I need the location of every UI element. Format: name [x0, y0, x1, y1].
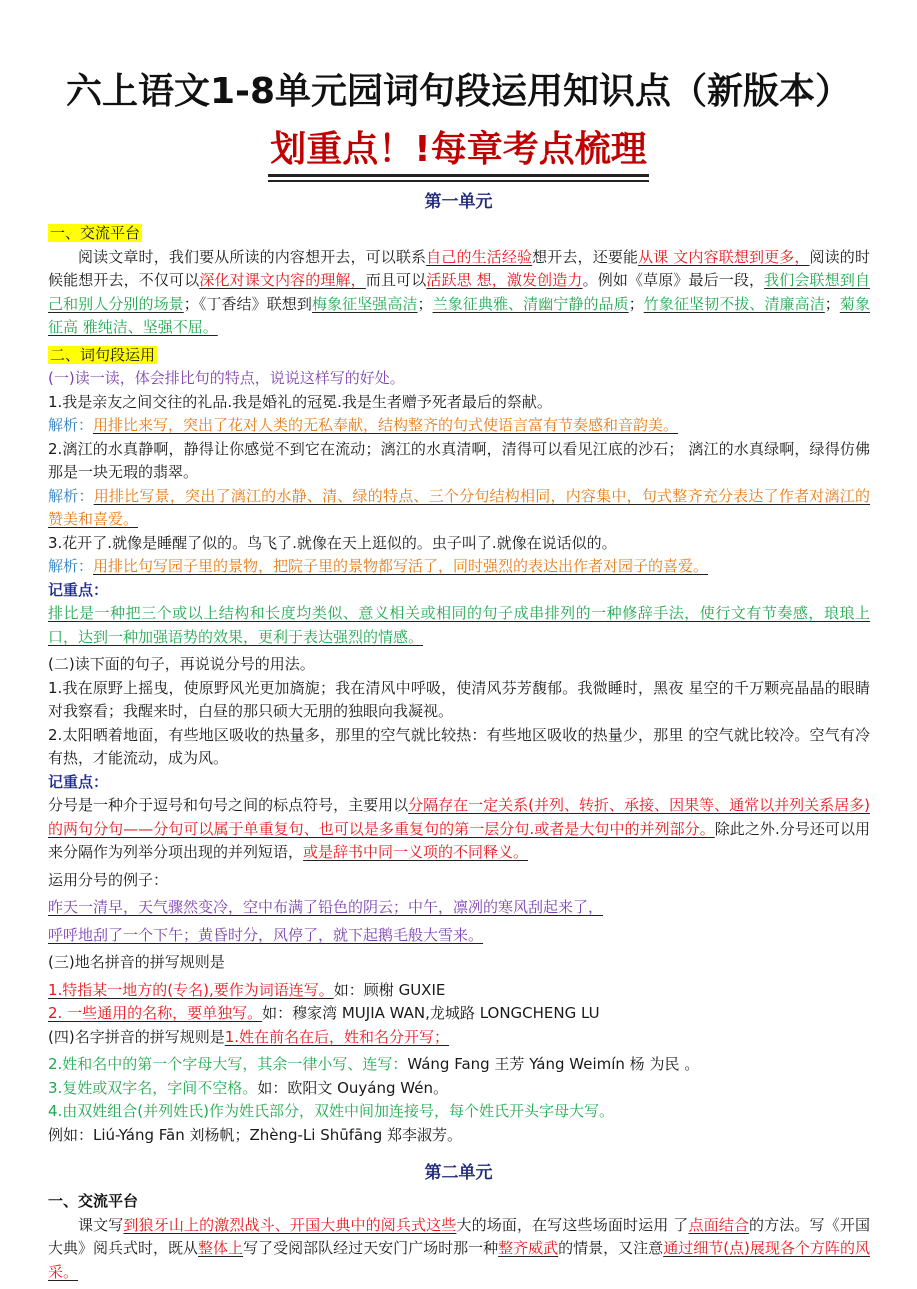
text-run: 2.姓和名中的第一个字母大写，其余一律小写、连写：	[48, 1055, 407, 1073]
text-run: 而且可以	[366, 271, 427, 289]
text-run: 整齐威武	[498, 1239, 558, 1257]
paragraph: 2.太阳晒着地面，有些地区吸收的热量多，那里的空气就比较热：有些地区吸收的热量少…	[48, 724, 870, 771]
paragraph: 2.姓和名中的第一个字母大写，其余一律小写、连写：Wáng Fang 王芳 Yá…	[48, 1053, 870, 1077]
paragraph: 一、交流平台	[48, 222, 870, 246]
text-run: 整体上	[198, 1239, 243, 1257]
key-point-label: 记重点：	[48, 773, 108, 791]
unit2-heading: 第二单元	[0, 1162, 917, 1184]
paragraph: 1.特指某一地方的(专名),要作为词语连写。如：顾榭 GUXIE	[48, 979, 870, 1003]
text-run: 用排比来写，突出了花对人类的无私奉献，结构整齐的句式使语言富有节奏感和音韵美。	[93, 416, 678, 434]
text-run: 的情景，又注意	[558, 1239, 663, 1257]
document-title: 六上语文1-8单元园词句段运用知识点（新版本）	[0, 68, 917, 116]
paragraph: (三)地名拼音的拼写规则是	[48, 951, 870, 975]
paragraph: 记重点：	[48, 579, 870, 603]
key-point-label: 记重点：	[48, 581, 108, 599]
text-run: 1.我在原野上摇曳，使原野风光更加旖旎；我在清风中呼吸，使清风芬芳馥郁。我微睡时…	[48, 679, 870, 721]
text-run: 想开去，还要能	[532, 248, 638, 266]
text-run: (二)读下面的句子，再说说分号的用法。	[48, 655, 315, 673]
paragraph: 呼呼地刮了一个下午；黄昏时分，风停了，就下起鹅毛般大雪来。	[48, 924, 870, 948]
analysis-label: 解析：	[48, 487, 94, 505]
text-run: 竹象征坚韧不拔、清廉高洁	[644, 295, 825, 313]
unit1-content: 一、交流平台阅读文章时，我们要从所读的内容想开去，可以联系自己的生活经验想开去，…	[48, 222, 870, 1147]
unit1-heading: 第一单元	[0, 191, 917, 213]
paragraph: (四)名字拼音的拼写规则是1.姓在前名在后，姓和名分开写；	[48, 1026, 870, 1050]
text-run: 用排比句写园子里的景物，把院子里的景物都写活了，同时强烈的表达出作者对园子的喜爱…	[93, 557, 708, 575]
text-run: 1.特指某一地方的(专名),要作为词语连写。	[48, 981, 334, 999]
paragraph: 1.我在原野上摇曳，使原野风光更加旖旎；我在清风中呼吸，使清风芬芳馥郁。我微睡时…	[48, 677, 870, 724]
text-run: 梅象征坚强高洁	[312, 295, 418, 313]
text-run: 分号是一种介于逗号和句号之间的标点符号，主要用以	[48, 796, 408, 814]
text-run: 昨天一清早，天气骤然变冷，空中布满了铅色的阴云；中午，凛冽的寒风刮起来了，	[48, 898, 603, 916]
paragraph: (一)读一读，体会排比句的特点，说说这样写的好处。	[48, 367, 870, 391]
paragraph: 2.漓江的水真静啊，静得让你感觉不到它在流动；漓江的水真清啊，清得可以看见江底的…	[48, 438, 870, 485]
text-run: ；	[418, 295, 433, 313]
text-run: ；《丁香结》联想到	[184, 295, 312, 313]
text-run: 运用分号的例子：	[48, 871, 168, 889]
paragraph: 1.我是亲友之间交往的礼品.我是婚礼的冠冕.我是生者赠予死者最后的祭献。	[48, 391, 870, 415]
text-run: 如：顾榭 GUXIE	[334, 981, 446, 999]
section-heading: 一、交流平台	[48, 1192, 138, 1210]
text-run: 2.漓江的水真静啊，静得让你感觉不到它在流动；漓江的水真清啊，清得可以看见江底的…	[48, 440, 870, 482]
paragraph: 运用分号的例子：	[48, 869, 870, 893]
text-run: 用排比写景，突出了漓江的水静、清、绿的特点、三个分句结构相同，内容集中，句式整齐…	[48, 487, 870, 529]
text-run: 活跃思 想，激发创造力	[426, 271, 582, 289]
text-run: 2. 一些通用的名称，要单独写。	[48, 1004, 262, 1022]
paragraph: 解析：用排比句写园子里的景物，把院子里的景物都写活了，同时强烈的表达出作者对园子…	[48, 555, 870, 579]
text-run: 4.由双姓组合(并列姓氏)作为姓氏部分，双姓中间加连接号，每个姓氏开头字母大写。	[48, 1102, 614, 1120]
text-run: 如：欧阳文 Ouyáng Wén。	[257, 1079, 448, 1097]
text-run: (三)地名拼音的拼写规则是	[48, 953, 225, 971]
text-run: 深化对课文内容的理解，	[199, 271, 365, 289]
paragraph: 解析：用排比来写，突出了花对人类的无私奉献，结构整齐的句式使语言富有节奏感和音韵…	[48, 414, 870, 438]
analysis-label: 解析：	[48, 416, 93, 434]
paragraph: 解析：用排比写景，突出了漓江的水静、清、绿的特点、三个分句结构相同，内容集中，句…	[48, 485, 870, 532]
text-run: 排比是一种把三个或以上结构和长度均类似、意义相关或相同的句子成串排列的一种修辞手…	[48, 604, 870, 646]
text-run: 3.花开了.就像是睡醒了似的。鸟飞了.就像在天上逛似的。虫子叫了.就像在说话似的…	[48, 534, 617, 552]
analysis-label: 解析：	[48, 557, 93, 575]
text-run: (一)读一读，体会排比句的特点，说说这样写的好处。	[48, 369, 405, 387]
paragraph: 分号是一种介于逗号和句号之间的标点符号，主要用以分隔存在一定关系(并列、转折、承…	[48, 794, 870, 865]
paragraph: (二)读下面的句子，再说说分号的用法。	[48, 653, 870, 677]
text-run: (四)名字拼音的拼写规则是	[48, 1028, 225, 1046]
text-run: 点面结合	[688, 1216, 749, 1234]
text-run: 3.复姓或双字名，字间不空格。	[48, 1079, 257, 1097]
text-run: 如：穆家湾 MUJIA WAN,龙城路 LONGCHENG LU	[262, 1004, 600, 1022]
text-run: 写了受阅部队经过天安门广场时那一种	[243, 1239, 498, 1257]
paragraph: 记重点：	[48, 771, 870, 795]
text-run: 2.太阳晒着地面，有些地区吸收的热量多，那里的空气就比较热：有些地区吸收的热量少…	[48, 726, 870, 768]
text-run: 大的场面，在写这些场面时运用 了	[456, 1216, 688, 1234]
paragraph: 课文写到狼牙山上的激烈战斗、开国大典中的阅兵式这些大的场面，在写这些场面时运用 …	[48, 1214, 870, 1285]
text-run: ；	[825, 295, 840, 313]
text-run: 1.我是亲友之间交往的礼品.我是婚礼的冠冕.我是生者赠予死者最后的祭献。	[48, 393, 552, 411]
paragraph: 4.由双姓组合(并列姓氏)作为姓氏部分，双姓中间加连接号，每个姓氏开头字母大写。	[48, 1100, 870, 1124]
text-run: 呼呼地刮了一个下午；黄昏时分，风停了，就下起鹅毛般大雪来。	[48, 926, 483, 944]
text-run: Wáng Fang 王芳 Yáng Weimín 杨 为民 。	[407, 1055, 699, 1073]
text-run: 或是辞书中同一义项的不同释义。	[303, 843, 528, 861]
text-run: 1.姓在前名在后，姓和名分开写；	[225, 1028, 449, 1046]
paragraph: 例如：Liú-Yáng Fān 刘杨帆；Zhèng-Li Shūfāng 郑李淑…	[48, 1124, 870, 1148]
paragraph: 3.复姓或双字名，字间不空格。如：欧阳文 Ouyáng Wén。	[48, 1077, 870, 1101]
paragraph: 一、交流平台	[48, 1190, 870, 1214]
text-run: 到狼牙山上的激烈战斗、开国大典中的阅兵式这些	[123, 1216, 456, 1234]
paragraph: 昨天一清早，天气骤然变冷，空中布满了铅色的阴云；中午，凛冽的寒风刮起来了，	[48, 896, 870, 920]
paragraph: 3.花开了.就像是睡醒了似的。鸟飞了.就像在天上逛似的。虫子叫了.就像在说话似的…	[48, 532, 870, 556]
section-heading: 二、词句段运用	[48, 346, 157, 364]
unit2-content: 一、交流平台课文写到狼牙山上的激烈战斗、开国大典中的阅兵式这些大的场面，在写这些…	[48, 1190, 870, 1284]
subtitle-wrap: 划重点！!每章考点梳理	[0, 128, 917, 177]
text-run: 兰象征典雅、清幽宁静的品质	[433, 295, 629, 313]
text-run: 从课 文内容联想到更多，	[638, 248, 809, 266]
section-heading: 一、交流平台	[48, 224, 142, 242]
text-run: 课文写	[78, 1216, 123, 1234]
text-run: ；	[629, 295, 644, 313]
text-run: 例如：Liú-Yáng Fān 刘杨帆；Zhèng-Li Shūfāng 郑李淑…	[48, 1126, 462, 1144]
text-run: 阅读文章时，我们要从所读的内容想开去，可以联系	[78, 248, 426, 266]
paragraph: 阅读文章时，我们要从所读的内容想开去，可以联系自己的生活经验想开去，还要能从课 …	[48, 246, 870, 340]
paragraph: 2. 一些通用的名称，要单独写。如：穆家湾 MUJIA WAN,龙城路 LONG…	[48, 1002, 870, 1026]
text-run: 。例如《草原》最后一段，	[583, 271, 765, 289]
text-run: 自己的生活经验	[426, 248, 532, 266]
paragraph: 二、词句段运用	[48, 344, 870, 368]
paragraph: 排比是一种把三个或以上结构和长度均类似、意义相关或相同的句子成串排列的一种修辞手…	[48, 602, 870, 649]
document-subtitle: 划重点！!每章考点梳理	[268, 128, 648, 177]
